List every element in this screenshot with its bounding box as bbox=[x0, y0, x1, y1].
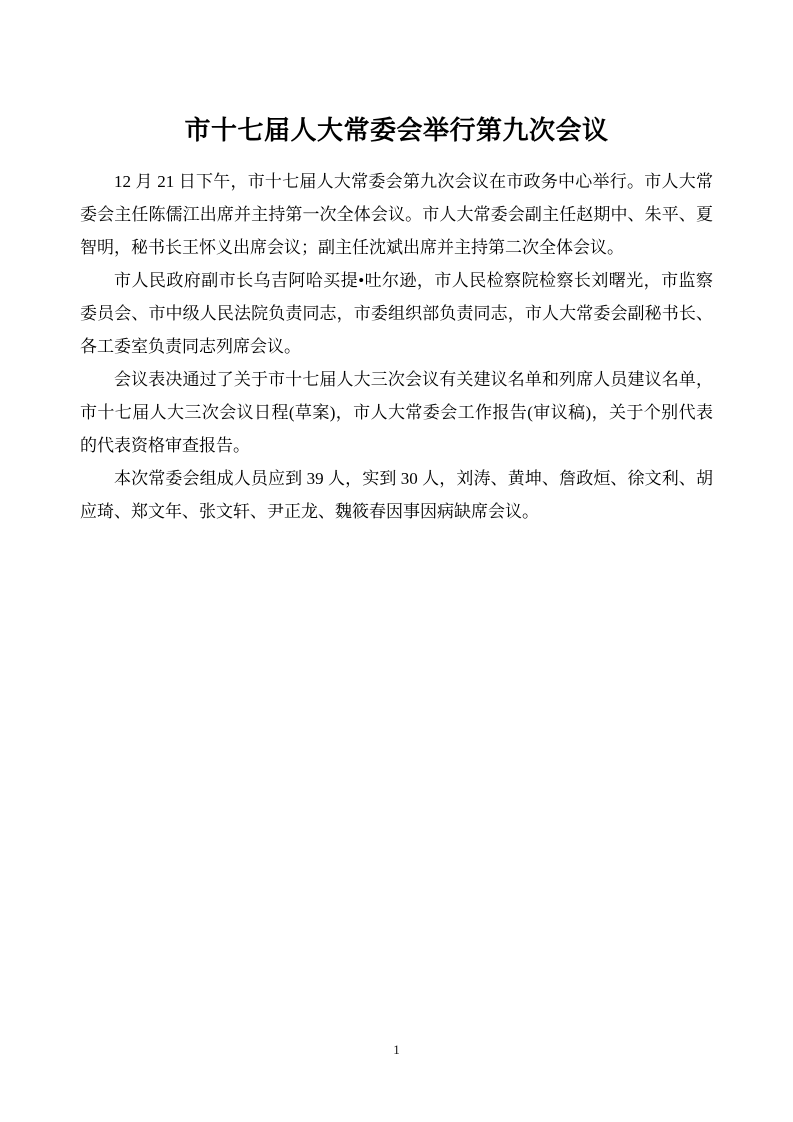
paragraph-resolutions: 会议表决通过了关于市十七届人大三次会议有关建议名单和列席人员建议名单，市十七届人… bbox=[80, 363, 713, 462]
paragraph-meeting-opening: 12 月 21 日下午，市十七届人大常委会第九次会议在市政务中心举行。市人大常委… bbox=[80, 165, 713, 264]
document-page: 市十七届人大常委会举行第九次会议 12 月 21 日下午，市十七届人大常委会第九… bbox=[0, 0, 793, 1122]
document-title: 市十七届人大常委会举行第九次会议 bbox=[0, 0, 793, 152]
document-body: 12 月 21 日下午，市十七届人大常委会第九次会议在市政务中心举行。市人大常委… bbox=[80, 165, 713, 528]
page-number: 1 bbox=[0, 1042, 793, 1058]
paragraph-attendance-count: 本次常委会组成人员应到 39 人，实到 30 人，刘涛、黄坤、詹政烜、徐文利、胡… bbox=[80, 462, 713, 528]
paragraph-attendees: 市人民政府副市长乌吉阿哈买提•吐尔逊，市人民检察院检察长刘曙光，市监察委员会、市… bbox=[80, 264, 713, 363]
